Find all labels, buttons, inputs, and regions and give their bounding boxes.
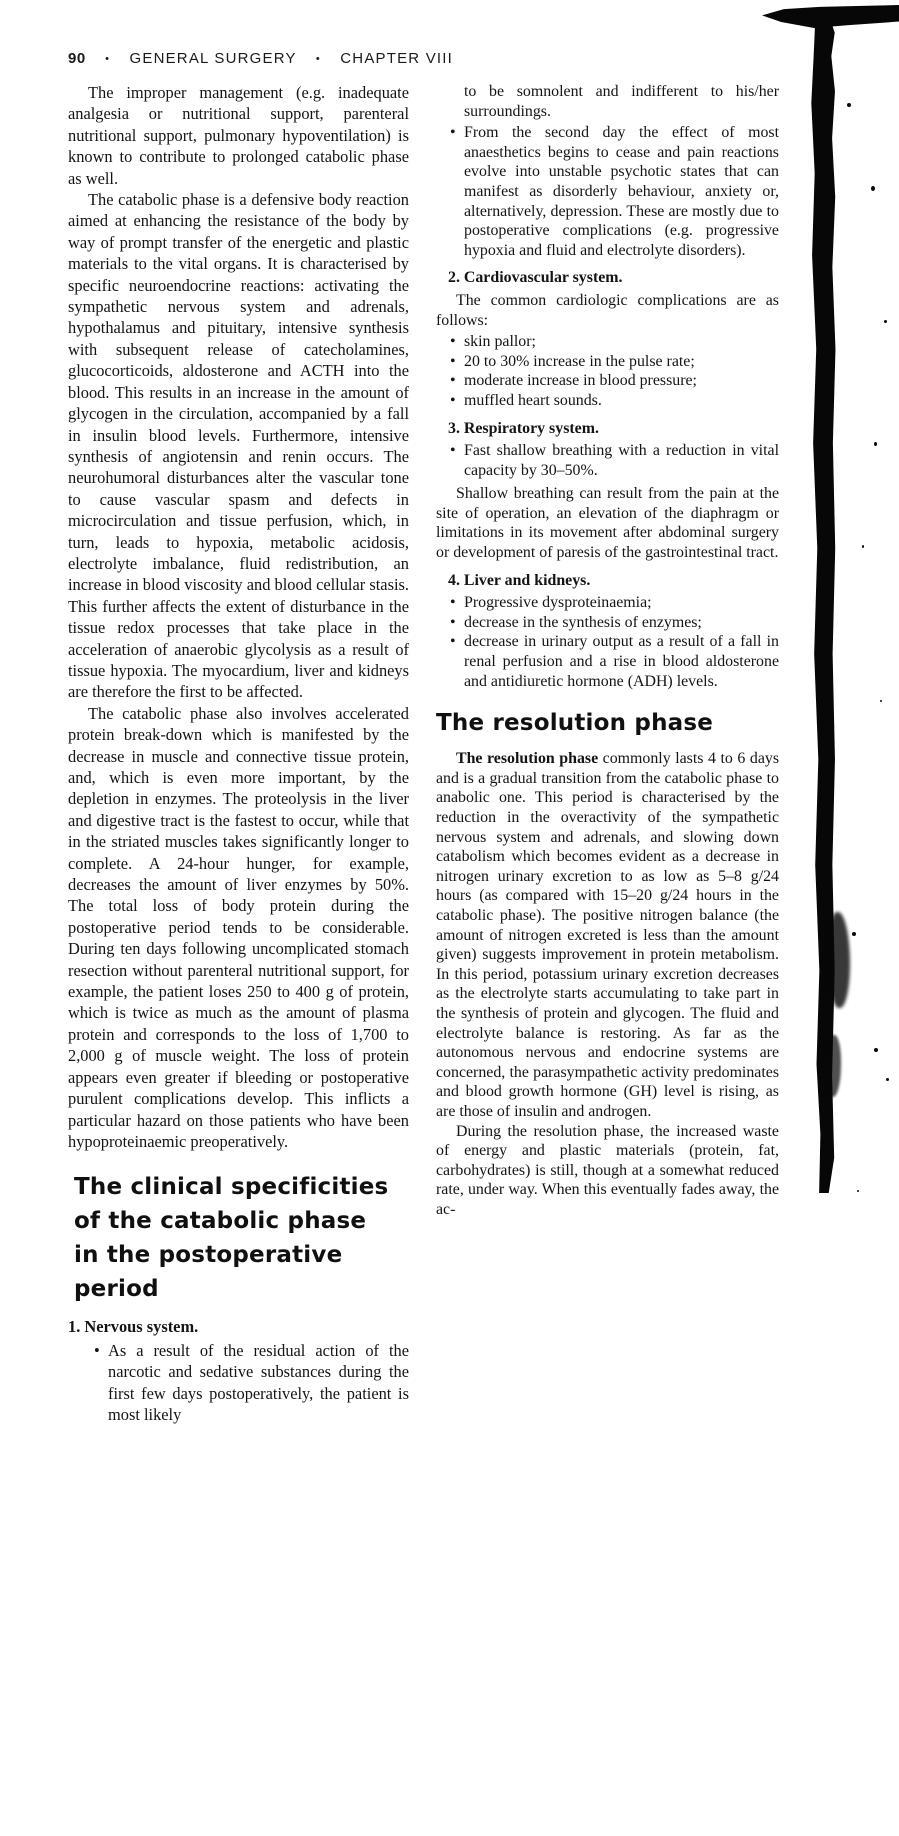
- heading-line: The clinical specificities: [74, 1170, 409, 1204]
- list-item: skin pallor;: [464, 332, 779, 352]
- list-item: As a result of the residual action of th…: [108, 1340, 409, 1426]
- resolution-lead-bold: The resolution phase: [456, 750, 598, 767]
- heading-line: in the postoperative period: [74, 1238, 409, 1306]
- list-item: decrease in the synthesis of enzymes;: [464, 613, 779, 633]
- subheading-liver-kidneys: 4. Liver and kidneys.: [448, 571, 779, 591]
- list-item: moderate increase in blood pressure;: [464, 371, 779, 391]
- bullet-list-cardio: skin pallor; 20 to 30% increase in the p…: [436, 332, 779, 410]
- paragraph-nervous-continuation: to be somnolent and indifferent to his/h…: [436, 82, 779, 121]
- bullet-list-nervous: As a result of the residual action of th…: [68, 1340, 409, 1426]
- paragraph-protein-breakdown: The catabolic phase also involves accele…: [68, 703, 409, 1153]
- list-item: decrease in urinary output as a result o…: [464, 632, 779, 691]
- scan-artifact-blob: [828, 912, 850, 1008]
- heading-resolution-phase: The resolution phase: [436, 709, 779, 737]
- heading-line: of the catabolic phase: [74, 1204, 409, 1238]
- separator-dot: •: [316, 53, 321, 65]
- separator-dot: •: [105, 53, 110, 65]
- scan-speck: [857, 1190, 859, 1192]
- subheading-respiratory: 3. Respiratory system.: [448, 419, 779, 439]
- scan-speck: [852, 932, 856, 936]
- scan-speck: [847, 103, 851, 107]
- subheading-cardiovascular: 2. Cardiovascular system.: [448, 268, 779, 288]
- scan-speck: [862, 545, 864, 548]
- heading-clinical-specificities: The clinical specificities of the catabo…: [74, 1170, 409, 1306]
- page-header: 90 • GENERAL SURGERY • CHAPTER VIII: [68, 50, 768, 67]
- list-item: 20 to 30% increase in the pulse rate;: [464, 352, 779, 372]
- paragraph-improper-management: The improper management (e.g. inadequate…: [68, 82, 409, 189]
- scan-artifact-blob: [826, 1035, 841, 1097]
- bullet-list-liver: Progressive dysproteinaemia; decrease in…: [436, 593, 779, 691]
- scan-speck: [874, 442, 877, 446]
- scan-speck: [874, 1048, 878, 1052]
- scan-speck: [880, 700, 882, 702]
- paragraph-catabolic-defensive: The catabolic phase is a defensive body …: [68, 189, 409, 703]
- list-item: Fast shallow breathing with a reduction …: [464, 441, 779, 480]
- paragraph-resolution-2: During the resolution phase, the increas…: [436, 1122, 779, 1220]
- bullet-list-nervous-2: From the second day the effect of most a…: [436, 123, 779, 260]
- scan-artifact-gutter-bar: [810, 21, 836, 1193]
- right-column: to be somnolent and indifferent to his/h…: [436, 82, 779, 1219]
- scan-speck: [871, 186, 875, 191]
- list-item: From the second day the effect of most a…: [464, 123, 779, 260]
- scan-speck: [886, 1078, 889, 1081]
- scan-speck: [884, 320, 887, 323]
- list-item: Progressive dysproteinaemia;: [464, 593, 779, 613]
- paragraph-cardio-intro: The common cardiologic complications are…: [436, 291, 779, 330]
- chapter-title: CHAPTER VIII: [340, 50, 453, 67]
- paragraph-resolution-1: The resolution phase commonly lasts 4 to…: [436, 749, 779, 1121]
- subheading-nervous-system: 1. Nervous system.: [68, 1316, 409, 1337]
- left-column: The improper management (e.g. inadequate…: [68, 82, 409, 1429]
- scanned-page: 90 • GENERAL SURGERY • CHAPTER VIII The …: [0, 0, 899, 1836]
- resolution-body-text: commonly lasts 4 to 6 days and is a grad…: [436, 750, 779, 1120]
- section-title: GENERAL SURGERY: [130, 50, 297, 67]
- paragraph-shallow-breathing: Shallow breathing can result from the pa…: [436, 484, 779, 562]
- list-item: muffled heart sounds.: [464, 391, 779, 411]
- page-number: 90: [68, 50, 86, 67]
- bullet-list-respiratory: Fast shallow breathing with a reduction …: [436, 441, 779, 480]
